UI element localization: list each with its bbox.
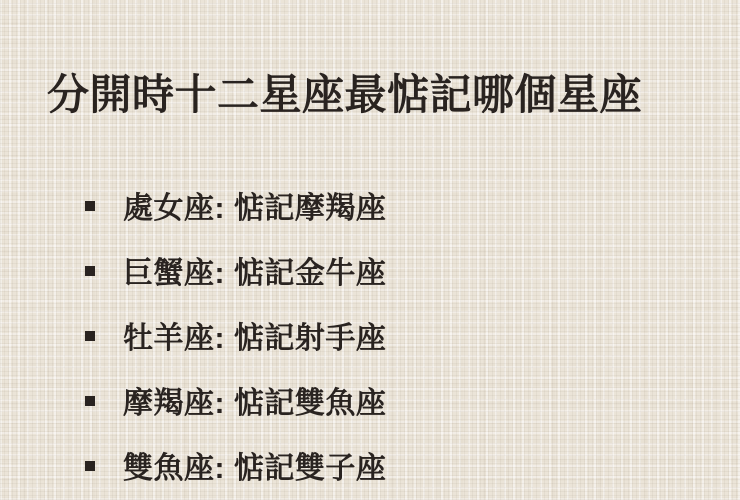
- page-title: 分開時十二星座最惦記哪個星座: [47, 72, 642, 118]
- square-bullet-icon: [85, 266, 95, 276]
- list-item: 處女座: 惦記摩羯座: [85, 172, 700, 237]
- square-bullet-icon: [85, 201, 95, 211]
- list-item-text: 巨蟹座: 惦記金牛座: [123, 248, 386, 292]
- list-item-text: 處女座: 惦記摩羯座: [123, 183, 386, 227]
- zodiac-list: 處女座: 惦記摩羯座 巨蟹座: 惦記金牛座 牡羊座: 惦記射手座 摩羯座: 惦記…: [85, 172, 700, 497]
- square-bullet-icon: [85, 331, 95, 341]
- list-item: 巨蟹座: 惦記金牛座: [85, 237, 700, 302]
- list-item: 牡羊座: 惦記射手座: [85, 302, 700, 367]
- list-item: 摩羯座: 惦記雙魚座: [85, 367, 700, 432]
- square-bullet-icon: [85, 396, 95, 406]
- list-item-text: 雙魚座: 惦記雙子座: [123, 443, 386, 487]
- list-item-text: 摩羯座: 惦記雙魚座: [123, 378, 386, 422]
- list-item-text: 牡羊座: 惦記射手座: [123, 313, 386, 357]
- square-bullet-icon: [85, 461, 95, 471]
- slide-background: 分開時十二星座最惦記哪個星座 處女座: 惦記摩羯座 巨蟹座: 惦記金牛座 牡羊座…: [0, 0, 740, 500]
- list-item: 雙魚座: 惦記雙子座: [85, 432, 700, 497]
